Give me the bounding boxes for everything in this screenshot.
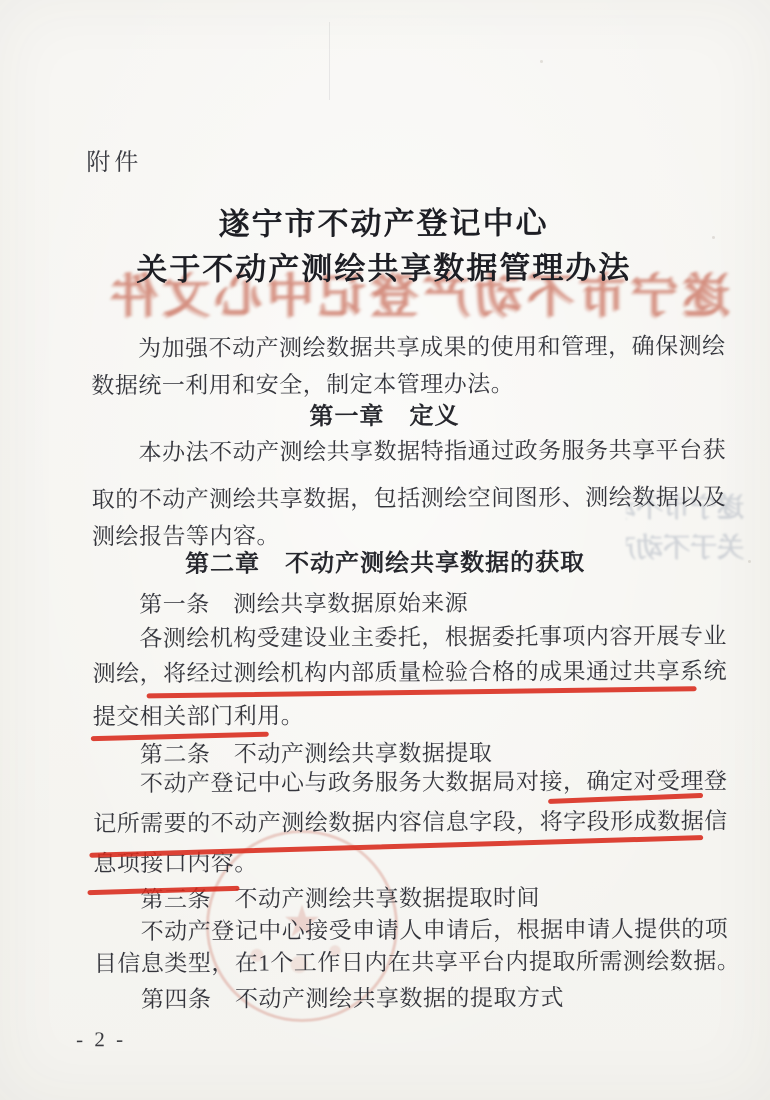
document-line: 取的不动产测绘共享数据，包括测绘空间图形、测绘数据以及 [92,483,727,516]
document-line: 各测绘机构受建设业主委托，根据委托事项内容开展专业 [92,622,727,655]
attachment-label: 附件 [86,142,142,177]
scanned-document-page: 遂宁市不动产登记中心文件 遂宁市不动产登 关于不动产测绘 ★ 附件 遂宁市不动产… [0,0,770,1100]
document-line: 目信息类型，在1个工作日内在共享平台内提取所需测绘数据。 [94,946,741,979]
document-title-line-2: 关于不动产测绘共享数据管理办法 [0,244,769,292]
article-4-heading: 第四条 不动产测绘共享数据的提取方式 [94,983,564,1015]
document-body: 为加强不动产测绘数据共享成果的使用和管理，确保测绘数据统一利用和安全，制定本管理… [0,0,768,2]
article-2-heading: 第二条 不动产测绘共享数据提取 [93,739,493,771]
document-line: 为加强不动产测绘数据共享成果的使用和管理，确保测绘 [91,332,726,365]
document-line: 本办法不动产测绘共享数据特指通过政务服务共享平台获 [92,436,727,469]
document-title: 遂宁市不动产登记中心 关于不动产测绘共享数据管理办法 [0,199,769,292]
document-line: 不动产登记中心接受申请人申请后，根据申请人提供的项 [94,915,729,948]
document-line: 提交相关部门利用。 [93,701,305,732]
document-title-line-1: 遂宁市不动产登记中心 [0,199,769,247]
page-number: - 2 - [76,1027,126,1052]
document-line: 数据统一利用和安全，制定本管理办法。 [91,369,514,401]
article-1-heading: 第一条 测绘共享数据原始来源 [92,589,468,621]
document-line: 记所需要的不动产测绘数据内容信息字段，将字段形成数据信 [93,807,728,840]
document-line: 测绘报告等内容。 [92,521,280,552]
document-line: 测绘，将经过测绘机构内部质量检验合格的成果通过共享系统 [92,657,727,690]
document-line: 不动产登记中心与政务服务大数据局对接，确定对受理登 [93,767,728,800]
chapter-2-heading: 第二章 不动产测绘共享数据的获取 [0,547,770,580]
chapter-1-heading: 第一章 定义 [0,400,769,433]
document-text-layer: 附件 遂宁市不动产登记中心 关于不动产测绘共享数据管理办法 为加强不动产测绘数据… [0,0,770,1100]
